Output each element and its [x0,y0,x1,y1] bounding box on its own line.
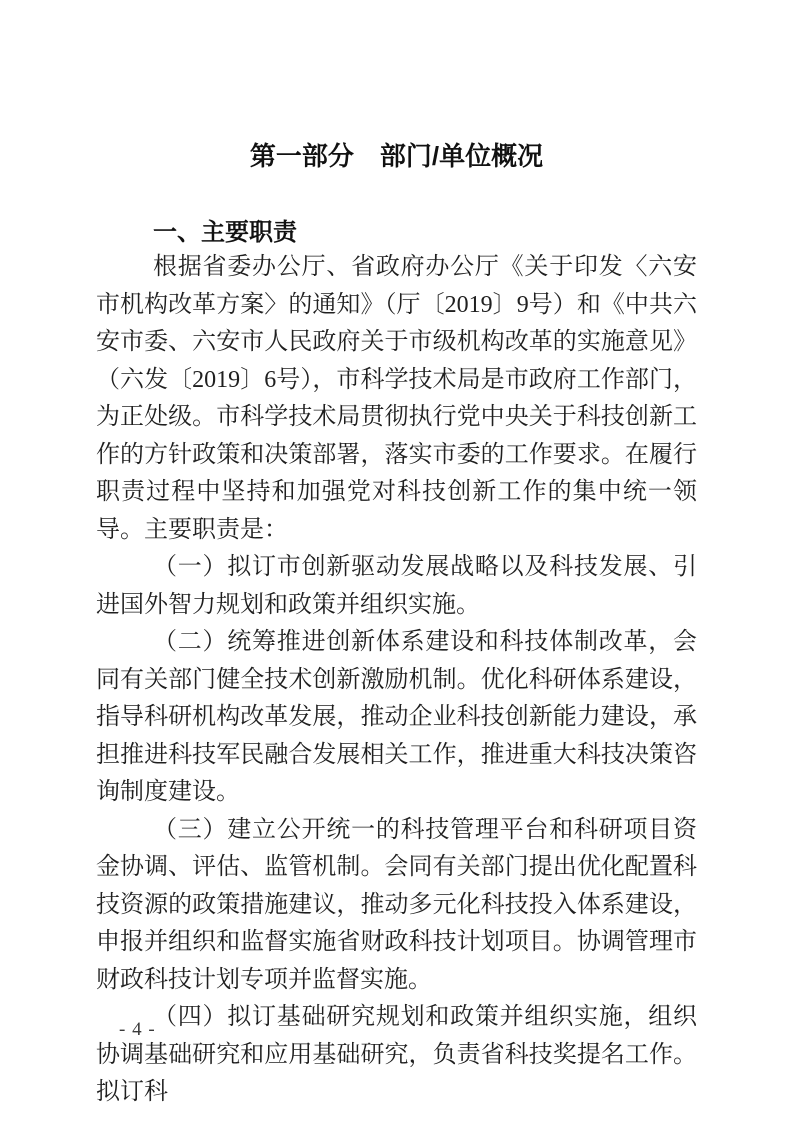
paragraph: （四）拟订基础研究规划和政策并组织实施，组织协调基础研究和应用基础研究，负责省科… [96,999,697,1112]
document-body: 根据省委办公厅、省政府办公厅《关于印发〈六安市机构改革方案〉的通知》（厅〔201… [96,249,697,1112]
paragraph: （三）建立公开统一的科技管理平台和科研项目资金协调、评估、监管机制。会同有关部门… [96,812,697,1000]
paragraph: （一）拟订市创新驱动发展战略以及科技发展、引进国外智力规划和政策并组织实施。 [96,549,697,624]
page-title: 第一部分 部门/单位概况 [0,0,793,171]
document-page: 第一部分 部门/单位概况 一、主要职责 根据省委办公厅、省政府办公厅《关于印发〈… [0,0,793,1122]
page-number: - 4 - [119,1019,156,1041]
section-heading: 一、主要职责 [96,220,697,246]
paragraph: （二）统筹推进创新体系建设和科技体制改革，会同有关部门健全技术创新激励机制。优化… [96,624,697,812]
paragraph: 根据省委办公厅、省政府办公厅《关于印发〈六安市机构改革方案〉的通知》（厅〔201… [96,249,697,549]
